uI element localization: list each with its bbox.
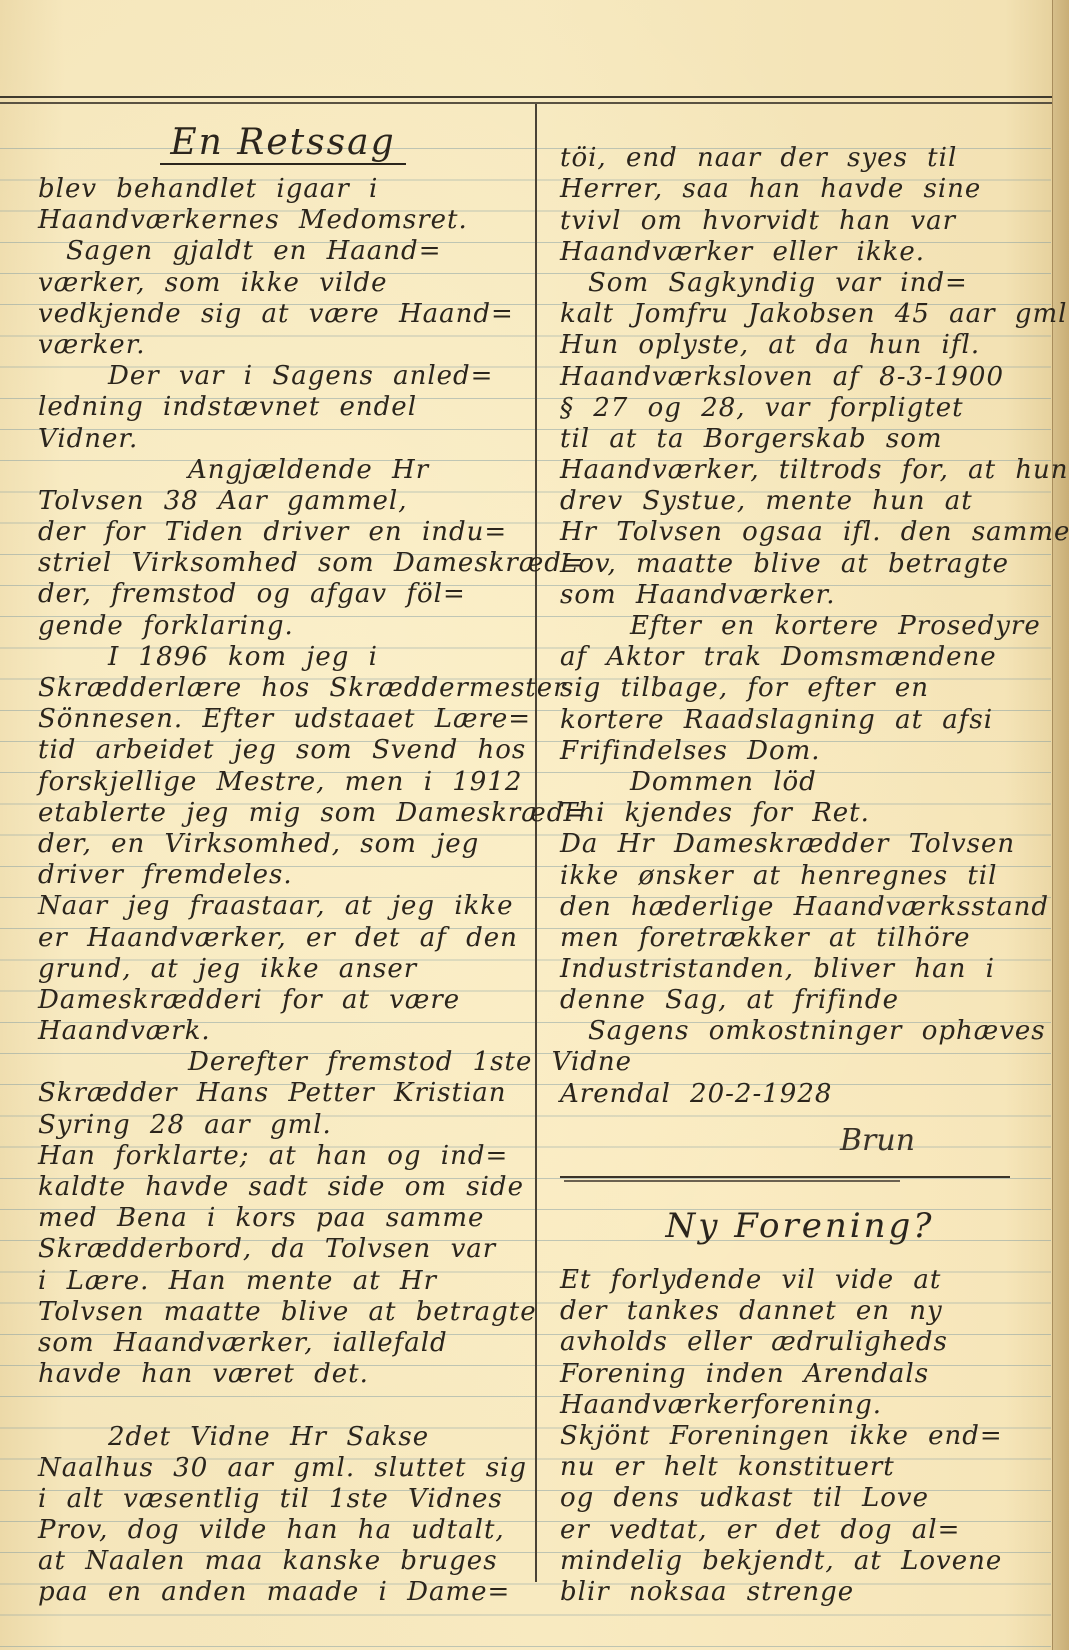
text-line: kaldte havde sadt side om side (38, 1172, 528, 1203)
text-line: der for Tiden driver en indu= (38, 517, 528, 548)
text-line: Haandværker eller ikke. (560, 237, 1040, 268)
text-line: i Lære. Han mente at Hr (38, 1266, 528, 1297)
text-line: at Naalen maa kanske bruges (38, 1546, 528, 1577)
blank-line (38, 1390, 528, 1421)
text-line: mindelig bekjendt, at Lovene (560, 1546, 1040, 1577)
text-line: Herrer, saa han havde sine (560, 174, 1040, 205)
text-line: vedkjende sig at være Haand= (38, 299, 528, 330)
text-line: Som Sagkyndig var ind= (560, 268, 1040, 299)
ledger-page: En Retssag blev behandlet igaar i Haandv… (0, 0, 1069, 1650)
text-line: Lov, maatte blive at betragte (560, 549, 1040, 580)
text-line: etablerte jeg mig som Dameskræd= (38, 798, 528, 829)
second-article-title: Ny Forening? (560, 1188, 1040, 1265)
text-line: tvivl om hvorvidt han var (560, 206, 1040, 237)
text-line: Naalhus 30 aar gml. sluttet sig (38, 1453, 528, 1484)
text-line: kalt Jomfru Jakobsen 45 aar gml. (560, 299, 1040, 330)
text-line: Tolvsen 38 Aar gammel, (38, 486, 528, 517)
text-line: Der var i Sagens anled= (38, 361, 528, 392)
top-double-rule-lower (0, 102, 1055, 104)
text-line: driver fremdeles. (38, 860, 528, 891)
text-line: sig tilbage, for efter en (560, 673, 1040, 704)
text-line: med Bena i kors paa samme (38, 1203, 528, 1234)
text-line: Dameskrædderi for at være (38, 985, 528, 1016)
text-line: denne Sag, at frifinde (560, 985, 1040, 1016)
text-line: Sagen gjaldt en Haand= (38, 236, 528, 267)
text-line: Et forlydende vil vide at (560, 1265, 1040, 1296)
text-line: 2det Vidne Hr Sakse (38, 1422, 528, 1453)
text-line: gende forklaring. (38, 611, 528, 642)
text-line: Efter en kortere Prosedyre (560, 611, 1040, 642)
text-line: der tankes dannet en ny (560, 1296, 1040, 1327)
text-line: er Haandværker, er det af den (38, 923, 528, 954)
text-line: Dommen löd (560, 767, 1040, 798)
text-line: den hæderlige Haandværksstand (560, 892, 1040, 923)
text-line: Forening inden Arendals (560, 1359, 1040, 1390)
text-line: drev Systue, mente hun at (560, 486, 1040, 517)
text-line: der, fremstod og afgav föl= (38, 579, 528, 610)
text-line: ikke ønsker at henregnes til (560, 861, 1040, 892)
text-line: som Haandværker, iallefald (38, 1328, 528, 1359)
text-line: avholds eller ædruligheds (560, 1327, 1040, 1358)
page-binding-edge (1052, 0, 1069, 1650)
text-line: er vedtat, er det dog al= (560, 1515, 1040, 1546)
text-line: Sönnesen. Efter udstaaet Lære= (38, 704, 528, 735)
text-line: Sagens omkostninger ophæves (560, 1016, 1040, 1047)
text-line: Angjældende Hr (38, 455, 528, 486)
text-line: blir noksaa strenge (560, 1577, 1040, 1608)
text-line: kortere Raadslagning at afsi (560, 705, 1040, 736)
text-line: Haandværkerforening. (560, 1390, 1040, 1421)
column-divider (535, 104, 537, 1582)
section-divider (560, 1172, 1040, 1188)
text-line: men foretrækker at tilhöre (560, 923, 1040, 954)
text-line: striel Virksomhed som Dameskræd= (38, 548, 528, 579)
article-title: En Retssag (38, 112, 528, 174)
text-line: Skrædder Hans Petter Kristian (38, 1078, 528, 1109)
text-line: § 27 og 28, var forpligtet (560, 393, 1040, 424)
text-line: værker, som ikke vilde (38, 268, 528, 299)
signature: Brun (560, 1110, 1040, 1172)
text-line: af Aktor trak Domsmændene (560, 642, 1040, 673)
text-line: Skjönt Foreningen ikke end= (560, 1421, 1040, 1452)
blank-line (560, 112, 1040, 143)
text-line: nu er helt konstituert (560, 1452, 1040, 1483)
text-line: Haandværker, tiltrods for, at hun (560, 455, 1040, 486)
text-line: tid arbeidet jeg som Svend hos (38, 735, 528, 766)
text-line: til at ta Borgerskab som (560, 424, 1040, 455)
text-line: Frifindelses Dom. (560, 736, 1040, 767)
text-line: Naar jeg fraastaar, at jeg ikke (38, 891, 528, 922)
text-line: og dens udkast til Love (560, 1483, 1040, 1514)
text-line: havde han været det. (38, 1359, 528, 1390)
text-line: ledning indstævnet endel (38, 392, 528, 423)
date-line: Arendal 20-2-1928 (560, 1079, 1040, 1110)
text-line: Skrædderbord, da Tolvsen var (38, 1234, 528, 1265)
text-line: Hun oplyste, at da hun ifl. (560, 330, 1040, 361)
text-line: Hr Tolvsen ogsaa ifl. den samme (560, 517, 1040, 548)
right-column: töi, end naar der syes til Herrer, saa h… (560, 112, 1040, 1608)
text-line: Tolvsen maatte blive at betragte (38, 1297, 528, 1328)
text-line: der, en Virksomhed, som jeg (38, 829, 528, 860)
text-line: Haandværk. (38, 1016, 528, 1047)
left-column: En Retssag blev behandlet igaar i Haandv… (38, 112, 528, 1609)
text-line: Syring 28 aar gml. (38, 1110, 528, 1141)
text-line: Da Hr Dameskrædder Tolvsen (560, 829, 1040, 860)
text-line: som Haandværker. (560, 580, 1040, 611)
top-double-rule (0, 96, 1055, 98)
text-line: forskjellige Mestre, men i 1912 (38, 767, 528, 798)
text-line: værker. (38, 330, 528, 361)
text-line: paa en anden maade i Dame= (38, 1577, 528, 1608)
text-line: Thi kjendes for Ret. (560, 798, 1040, 829)
blank-line (560, 1048, 1040, 1079)
text-line: i alt væsentlig til 1ste Vidnes (38, 1484, 528, 1515)
text-line: Skrædderlære hos Skræddermester (38, 673, 528, 704)
text-line: grund, at jeg ikke anser (38, 954, 528, 985)
text-line: Vidner. (38, 424, 528, 455)
text-line: Haandværksloven af 8-3-1900 (560, 362, 1040, 393)
text-line: Prov, dog vilde han ha udtalt, (38, 1515, 528, 1546)
text-line: blev behandlet igaar i (38, 174, 528, 205)
text-line: Derefter fremstod 1ste Vidne (38, 1047, 528, 1078)
text-line: Industristanden, bliver han i (560, 954, 1040, 985)
text-line: Han forklarte; at han og ind= (38, 1141, 528, 1172)
text-line: Haandværkernes Medomsret. (38, 205, 528, 236)
text-line: töi, end naar der syes til (560, 143, 1040, 174)
text-line: I 1896 kom jeg i (38, 642, 528, 673)
